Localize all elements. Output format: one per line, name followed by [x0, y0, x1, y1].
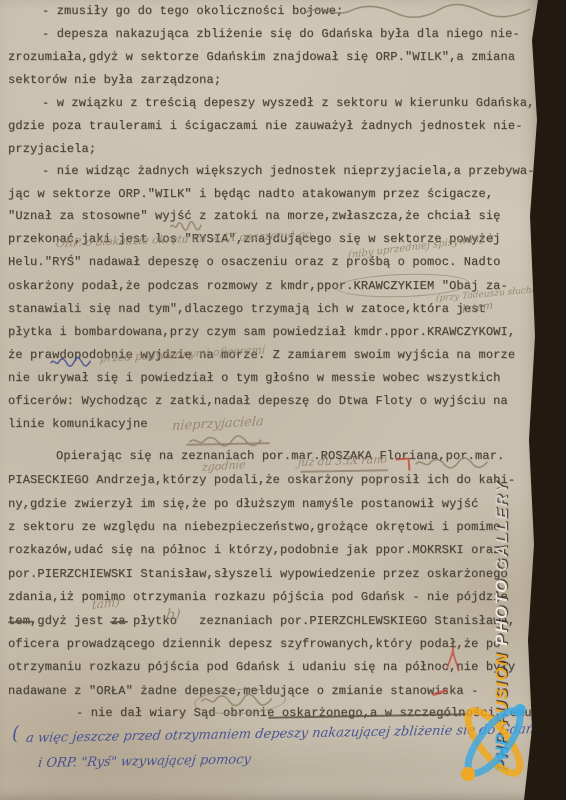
strikethrough-mark — [110, 621, 128, 623]
php-fusion-logo-icon — [446, 688, 542, 794]
typed-line: sektorów nie była zarządzona; — [8, 73, 221, 87]
red-bracket-mark — [396, 458, 411, 472]
document-page: - zmusiły go do tego okoliczności bojowe… — [0, 0, 544, 800]
handwritten-note: i ORP. "Ryś" wzywającej pomocy — [37, 752, 252, 771]
typed-line: gdzie poza traulerami i ścigaczami nie z… — [8, 119, 523, 133]
watermark-text-segment — [492, 572, 511, 578]
handwritten-note: b) — [165, 607, 182, 623]
typed-line: oficerów: Wychodząc z zatki,nadał depesz… — [8, 394, 508, 408]
handwritten-scribble-icon — [414, 456, 494, 470]
typed-line: por.PIERZCHIEWSKI Stanisław,słyszeli wyp… — [8, 567, 508, 581]
handwritten-note: latem — [462, 299, 493, 317]
typed-line: zdania,iż pomimo otrzymania rozkazu pójś… — [8, 590, 508, 604]
typed-line: - w związku z treścią depeszy wyszedł z … — [42, 96, 535, 110]
typed-line: płytka i bombardowana,przy czym sam powi… — [8, 325, 515, 339]
handwritten-scribble-icon — [188, 434, 268, 448]
typed-line: Helu."RYŚ" nadawał depeszę o osaczeniu o… — [8, 255, 501, 269]
handwritten-scribble-icon — [50, 356, 94, 368]
handwritten-note: nieprzyjaciela — [171, 414, 264, 434]
typed-line: zrozumiała,gdyż w sektorze Gdańskim znaj… — [8, 50, 515, 64]
typed-line: tem,gdyż jest za płytko zeznaniach por.P… — [8, 614, 515, 628]
typed-line: - depesza nakazująca zbliżenie się do Gd… — [42, 27, 520, 41]
typed-line: otrzymaniu rozkazu pójścia pod Gdańsk i … — [8, 660, 515, 674]
watermark-text-segment: GALLERY — [492, 481, 511, 572]
handwritten-scribble-icon — [300, 2, 550, 20]
watermark-text-segment — [492, 646, 511, 652]
typed-line: PIASECKIEGO Andrzeja,którzy podali,że os… — [8, 473, 515, 487]
typed-line: z sektoru ze względu na niebezpieczeństw… — [8, 520, 501, 534]
typed-line: - nie widząc żadnych większych jednostek… — [42, 164, 535, 178]
typed-line: oficera prowadzącego dziennik depesz szy… — [8, 637, 501, 651]
handwritten-note: tam) — [92, 595, 120, 612]
typed-line: "Uznał za stosowne" wyjść z zatoki na mo… — [8, 209, 501, 223]
typed-line: ny,gdzie zwierzył im się,że po dłuższym … — [8, 497, 478, 511]
handwritten-note: zgodnie — [202, 458, 246, 474]
handwritten-scribble-icon — [170, 220, 204, 232]
handwritten-note: już du 3.IX rano — [297, 453, 387, 469]
red-check-mark — [444, 645, 462, 673]
typed-line: przyjaciela; — [8, 142, 96, 156]
typed-line: rozkazów,udać się na północ i którzy,pod… — [8, 543, 501, 557]
typed-line: stanawiali się nad tym",dlaczego trzymaj… — [8, 302, 486, 316]
typed-line: linie komunikacyjne — [8, 417, 148, 431]
handwritten-note: ( — [12, 723, 20, 745]
typed-line: nie ukrywał się i powiedział o tym głośn… — [8, 371, 501, 385]
typed-line: jąc w sektorze ORP."WILK" i będąc nadto … — [8, 187, 493, 201]
photo-of-document: - zmusiły go do tego okoliczności bojowe… — [0, 0, 566, 800]
watermark-text-segment: PHOTO — [492, 578, 511, 646]
typed-line: - zmusiły go do tego okoliczności bojowe… — [42, 4, 343, 18]
